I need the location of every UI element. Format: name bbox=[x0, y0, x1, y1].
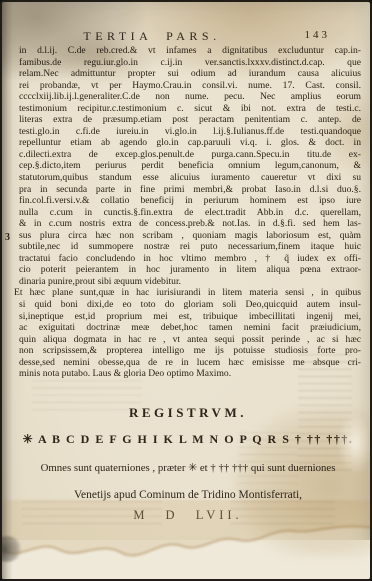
text-line: si,ineptique est,id proprium mei est, tr… bbox=[19, 311, 361, 323]
text-line: subtile,nec id summopere nostræ rei puto… bbox=[19, 241, 361, 253]
text-line: pra in secunda parte in fine primi membr… bbox=[19, 184, 361, 196]
collation-note: Omnes sunt quaterniones , præter ✳ et † … bbox=[2, 461, 372, 474]
text-line: in d.l.ij. C.de reb.cred.& vt infames a … bbox=[19, 45, 361, 57]
text-line: cccclxiij.lib.ij.l.generaliter.C.de non … bbox=[19, 91, 361, 103]
text-line: repelluntur etiam ab agendo glo.in cap.p… bbox=[19, 137, 361, 149]
text-line: cep.§.dicto,item periurus perdit benefic… bbox=[19, 160, 361, 172]
text-line: statutorum,quibus standum esse alicuius … bbox=[19, 172, 361, 184]
page-header-title: TERTIA PARS. bbox=[2, 29, 302, 44]
text-line: cio poterit peierantem in hoc juramento … bbox=[19, 264, 361, 276]
scanned-book-page: TERTIA PARS. 143 3 in d.l.ij. C.de reb.c… bbox=[0, 0, 372, 581]
text-line: sus plura circa hæc non scribam , quonia… bbox=[19, 230, 361, 242]
page-number: 143 bbox=[305, 29, 331, 41]
text-line: relam.Nec admittuntur propter sui odium … bbox=[19, 68, 361, 80]
registrum-title: REGISTRVM. bbox=[2, 405, 372, 421]
text-line: desse,sed nemini obesse,qua de re in luc… bbox=[19, 357, 361, 369]
text-line: nulla c.cum in cunctis.§.fin.extra de el… bbox=[19, 207, 361, 219]
text-line: testi.glo.in c.fi.de iureiu.in vi.glo.in… bbox=[19, 126, 361, 138]
gutter-shadow bbox=[2, 2, 13, 579]
paper-crease bbox=[338, 414, 372, 472]
text-line: literas extra de præsump.etiam post pera… bbox=[19, 114, 361, 126]
text-line: testimonium recipitur.c.testimonium c. s… bbox=[19, 103, 361, 115]
body-text: in d.l.ij. C.de reb.cred.& vt infames a … bbox=[19, 45, 361, 380]
text-line: tractatui facio concludendo in hoc vltim… bbox=[19, 253, 361, 265]
registrum-alphabet: ✳ A B C D E F G H I K L M N O P Q R S † … bbox=[2, 432, 372, 447]
text-line: rei probandæ, vt per Haymo.Crau.in consi… bbox=[19, 80, 361, 92]
text-line: non scripsissem,& propterea intelligo me… bbox=[19, 345, 361, 357]
text-line: ac exiguitati doctrinæ meæ debet,hoc tam… bbox=[19, 322, 361, 334]
text-line: c.dilecti.extra de excep.glos.penult.de … bbox=[19, 149, 361, 161]
bottom-stain-wave bbox=[2, 500, 372, 581]
text-line: & in c.cum nostris extra de concess.preb… bbox=[19, 218, 361, 230]
text-line: si quid boni dixi,de eo toto do gloriam … bbox=[19, 299, 361, 311]
text-line: minis nota putabo. Laus & gloria Deo opt… bbox=[19, 368, 361, 380]
text-line: quin aliqua dogmata in hac re , vt antea… bbox=[19, 334, 361, 346]
text-line: fin.col.fi.versi.v.& collatio beneficij … bbox=[19, 195, 361, 207]
text-line: Et hæc plane sunt,quæ in hac iurisiurand… bbox=[14, 287, 361, 299]
text-line: dinaria punire,prout sibi æquum videbitu… bbox=[19, 276, 361, 288]
text-line: famibus.de regu.iur.glo.in c.ij.in ver.s… bbox=[19, 57, 361, 69]
